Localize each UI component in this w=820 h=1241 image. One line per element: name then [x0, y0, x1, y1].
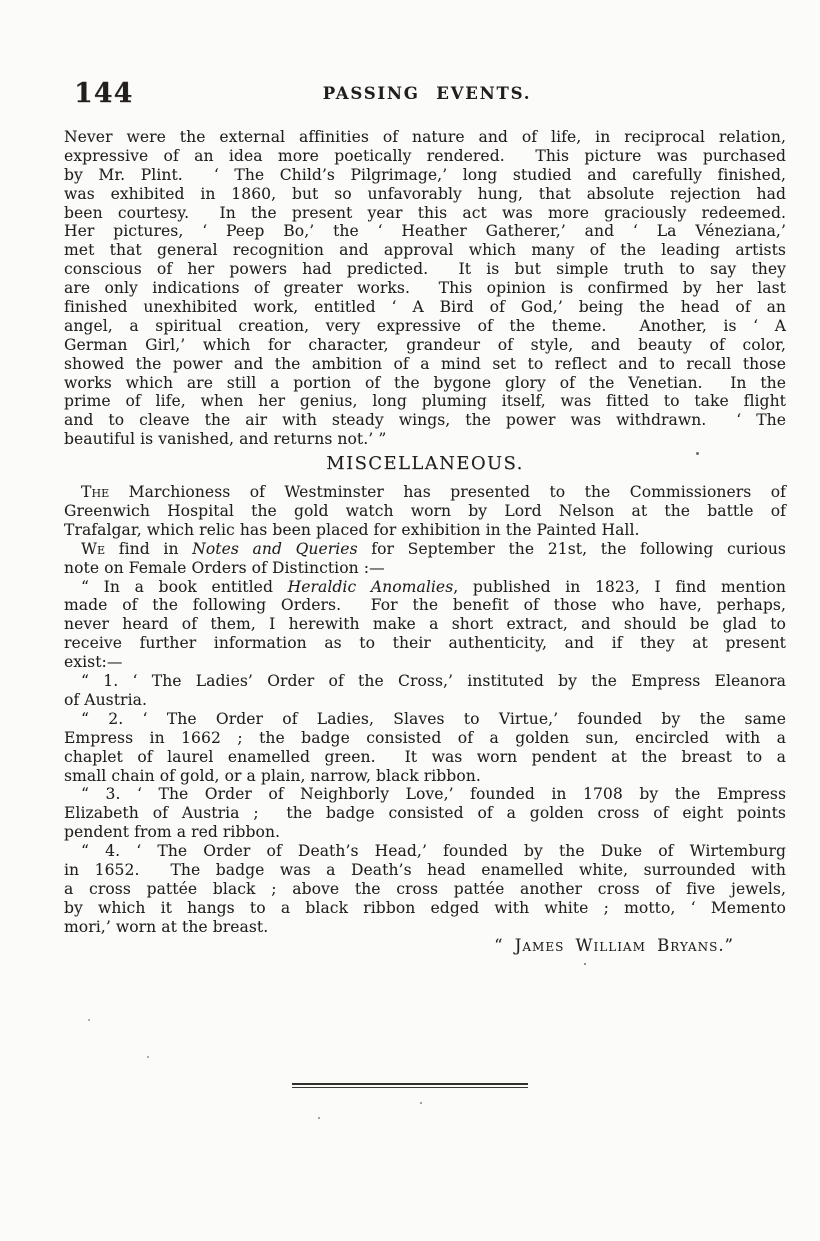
text-line: pendent from a red ribbon.: [64, 823, 786, 842]
text-line: “ 4. ‘ The Order of Death’s Head,’ found…: [64, 842, 786, 861]
text-line: was exhibited in 1860, but so unfavorabl…: [64, 185, 786, 204]
text-segment: find in: [105, 540, 192, 558]
scan-speck: [88, 1019, 90, 1021]
text-line: and to cleave the air with steady wings,…: [64, 411, 786, 430]
text-segment: Never were the external affinities of na…: [64, 128, 786, 146]
text-line: a cross pattée black ; above the cross p…: [64, 880, 786, 899]
text-line: are only indications of greater works. T…: [64, 279, 786, 298]
text-line: We find in Notes and Queries for Septemb…: [64, 540, 786, 559]
text-segment: finished unexhibited work, entitled ‘ A …: [64, 298, 786, 316]
text-segment: chaplet of laurel enamelled green. It wa…: [64, 748, 786, 766]
text-line: chaplet of laurel enamelled green. It wa…: [64, 748, 786, 767]
text-line: The Marchioness of Westminster has prese…: [64, 483, 786, 502]
text-line: expressive of an idea more poetically re…: [64, 147, 786, 166]
text-line: finished unexhibited work, entitled ‘ A …: [64, 298, 786, 317]
text-segment: by Mr. Plint. ‘ The Child’s Pilgrimage,’…: [64, 166, 786, 184]
text-segment: showed the power and the ambition of a m…: [64, 355, 786, 373]
text-line: mori,’ worn at the breast.: [64, 918, 786, 937]
text-line: works which are still a portion of the b…: [64, 374, 786, 393]
text-segment: “ In a book entitled: [81, 578, 288, 596]
text-segment: expressive of an idea more poetically re…: [64, 147, 786, 165]
text-segment: Greenwich Hospital the gold watch worn b…: [64, 502, 786, 520]
scan-speck: [420, 1102, 422, 1104]
text-line: German Girl,’ which for character, grand…: [64, 336, 786, 355]
signature: “ James William Bryans.”: [64, 937, 786, 956]
text-segment: by which it hangs to a black ribbon edge…: [64, 899, 786, 917]
scan-speck: [584, 963, 586, 965]
text-segment: beautiful is vanished, and returns not.’…: [64, 430, 386, 448]
text-segment: , published in 1823, I find mention: [453, 578, 786, 596]
scan-speck: [696, 452, 699, 455]
text-segment: prime of life, when her genius, long plu…: [64, 392, 786, 410]
running-header: PASSING EVENTS.: [34, 84, 820, 103]
text-segment: receive further information as to their …: [64, 634, 786, 652]
text-line: “ In a book entitled Heraldic Anomalies,…: [64, 578, 786, 597]
text-line: prime of life, when her genius, long plu…: [64, 392, 786, 411]
text-segment: “ 2. ‘ The Order of Ladies, Slaves to Vi…: [81, 710, 786, 728]
italic-text: Notes and Queries: [192, 540, 357, 558]
paragraph: Never were the external affinities of na…: [64, 128, 786, 449]
paragraph: “ In a book entitled Heraldic Anomalies,…: [64, 578, 786, 672]
text-segment: Empress in 1662 ; the badge consisted of…: [64, 729, 786, 747]
text-line: Never were the external affinities of na…: [64, 128, 786, 147]
text-segment: Elizabeth of Austria ; the badge consist…: [64, 804, 786, 822]
scan-speck: [147, 1056, 149, 1058]
scan-speck: [318, 1117, 320, 1119]
text-line: by which it hangs to a black ribbon edge…: [64, 899, 786, 918]
text-segment: never heard of them, I herewith make a s…: [64, 615, 786, 633]
smallcaps-text: The: [81, 483, 109, 501]
text-segment: small chain of gold, or a plain, narrow,…: [64, 767, 481, 785]
text-segment: Marchioness of Westminster has presented…: [109, 483, 786, 501]
text-segment: Trafalgar, which relic has been placed f…: [64, 521, 640, 539]
text-segment: made of the following Orders. For the be…: [64, 596, 786, 614]
smallcaps-text: James William Bryans: [515, 936, 719, 955]
text-line: angel, a spiritual creation, very expres…: [64, 317, 786, 336]
text-line: made of the following Orders. For the be…: [64, 596, 786, 615]
text-segment: “ 1. ‘ The Ladies’ Order of the Cross,’ …: [81, 672, 786, 690]
paragraph: “ 3. ‘ The Order of Neighborly Love,’ fo…: [64, 785, 786, 842]
text-segment: pendent from a red ribbon.: [64, 823, 280, 841]
text-segment: in 1652. The badge was a Death’s head en…: [64, 861, 786, 879]
text-segment: “ 3. ‘ The Order of Neighborly Love,’ fo…: [81, 785, 786, 803]
text-line: met that general recognition and approva…: [64, 241, 786, 260]
paragraph: We find in Notes and Queries for Septemb…: [64, 540, 786, 578]
text-line: Empress in 1662 ; the badge consisted of…: [64, 729, 786, 748]
text-segment: was exhibited in 1860, but so unfavorabl…: [64, 185, 786, 203]
text-line: beautiful is vanished, and returns not.’…: [64, 430, 786, 449]
text-segment: “ 4. ‘ The Order of Death’s Head,’ found…: [81, 842, 786, 860]
article-text: Never were the external affinities of na…: [64, 128, 786, 955]
text-segment: a cross pattée black ; above the cross p…: [64, 880, 786, 898]
text-line: of Austria.: [64, 691, 786, 710]
text-segment: German Girl,’ which for character, grand…: [64, 336, 786, 354]
text-segment: for September the 21st, the following cu…: [358, 540, 786, 558]
text-line: receive further information as to their …: [64, 634, 786, 653]
text-segment: been courtesy. In the present year this …: [64, 204, 786, 222]
text-line: Trafalgar, which relic has been placed f…: [64, 521, 786, 540]
end-rule: [292, 1083, 528, 1088]
paragraph: “ 2. ‘ The Order of Ladies, Slaves to Vi…: [64, 710, 786, 786]
text-line: exist:—: [64, 653, 786, 672]
text-segment: “: [494, 936, 515, 955]
text-line: conscious of her powers had predicted. I…: [64, 260, 786, 279]
text-line: “ 2. ‘ The Order of Ladies, Slaves to Vi…: [64, 710, 786, 729]
text-line: showed the power and the ambition of a m…: [64, 355, 786, 374]
text-line: Greenwich Hospital the gold watch worn b…: [64, 502, 786, 521]
text-line: “ 1. ‘ The Ladies’ Order of the Cross,’ …: [64, 672, 786, 691]
text-segment: .”: [718, 936, 734, 955]
text-segment: conscious of her powers had predicted. I…: [64, 260, 786, 278]
text-line: in 1652. The badge was a Death’s head en…: [64, 861, 786, 880]
paragraph: The Marchioness of Westminster has prese…: [64, 483, 786, 540]
section-heading: MISCELLANEOUS.: [64, 453, 786, 474]
text-segment: and to cleave the air with steady wings,…: [64, 411, 786, 429]
text-line: by Mr. Plint. ‘ The Child’s Pilgrimage,’…: [64, 166, 786, 185]
text-line: note on Female Orders of Distinction :—: [64, 559, 786, 578]
text-line: “ 3. ‘ The Order of Neighborly Love,’ fo…: [64, 785, 786, 804]
italic-text: Heraldic Anomalies: [288, 578, 454, 596]
text-segment: exist:—: [64, 653, 122, 671]
text-segment: works which are still a portion of the b…: [64, 374, 786, 392]
text-line: Her pictures, ‘ Peep Bo,’ the ‘ Heather …: [64, 222, 786, 241]
paragraph: “ 4. ‘ The Order of Death’s Head,’ found…: [64, 842, 786, 936]
text-segment: of Austria.: [64, 691, 147, 709]
text-line: Elizabeth of Austria ; the badge consist…: [64, 804, 786, 823]
smallcaps-text: We: [81, 540, 105, 558]
page: 144 PASSING EVENTS. Never were the exter…: [0, 0, 820, 1241]
text-segment: Her pictures, ‘ Peep Bo,’ the ‘ Heather …: [64, 222, 786, 240]
text-segment: mori,’ worn at the breast.: [64, 918, 268, 936]
paragraph: “ 1. ‘ The Ladies’ Order of the Cross,’ …: [64, 672, 786, 710]
text-segment: are only indications of greater works. T…: [64, 279, 786, 297]
text-segment: note on Female Orders of Distinction :—: [64, 559, 385, 577]
text-segment: met that general recognition and approva…: [64, 241, 786, 259]
text-line: small chain of gold, or a plain, narrow,…: [64, 767, 786, 786]
text-line: never heard of them, I herewith make a s…: [64, 615, 786, 634]
text-line: been courtesy. In the present year this …: [64, 204, 786, 223]
text-segment: angel, a spiritual creation, very expres…: [64, 317, 786, 335]
